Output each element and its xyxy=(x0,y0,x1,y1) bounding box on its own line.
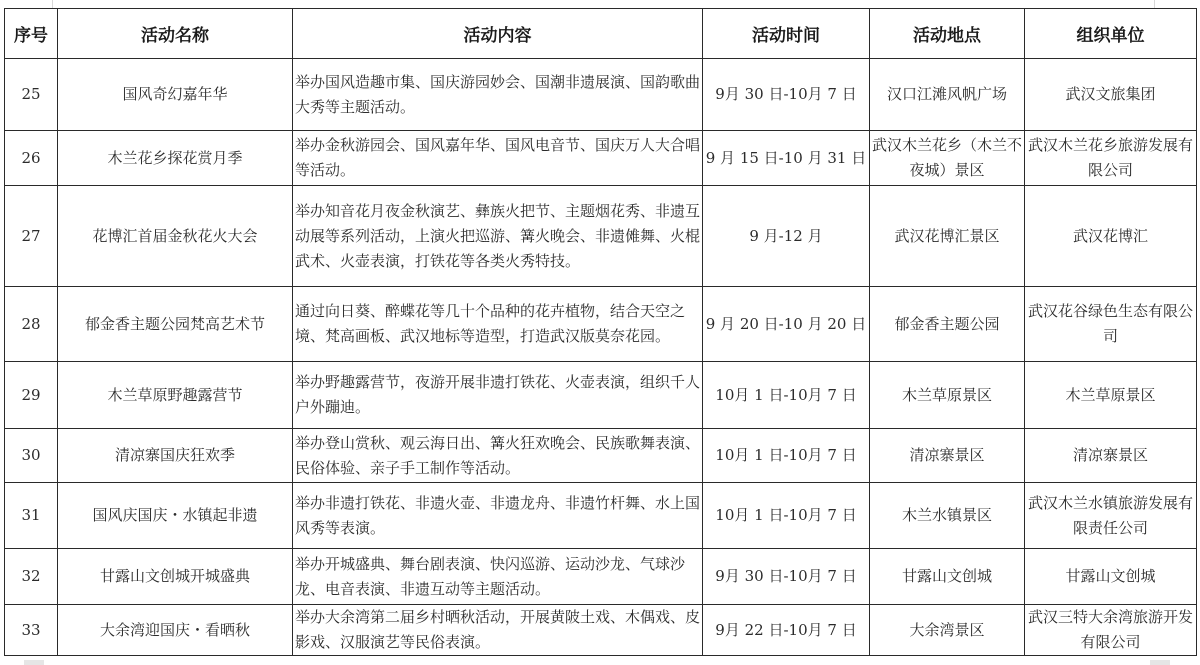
cell-num: 25 xyxy=(5,59,58,131)
table-row: 28 郁金香主题公园梵高艺术节 通过向日葵、醉蝶花等几十个品种的花卉植物，结合天… xyxy=(5,287,1197,362)
cell-name: 木兰花乡探花赏月季 xyxy=(58,131,293,186)
cell-content: 举办野趣露营节，夜游开展非遗打铁花、火壶表演，组织千人户外蹦迪。 xyxy=(293,362,703,429)
events-table: 序号 活动名称 活动内容 活动时间 活动地点 组织单位 25 国风奇幻嘉年华 举… xyxy=(4,8,1197,656)
cell-time: 10月 1 日-10月 7 日 xyxy=(703,483,870,549)
cell-place: 郁金香主题公园 xyxy=(870,287,1025,362)
cell-time: 9 月 20 日-10 月 20 日 xyxy=(703,287,870,362)
cell-name: 木兰草原野趣露营节 xyxy=(58,362,293,429)
cell-num: 28 xyxy=(5,287,58,362)
cell-time: 9 月-12 月 xyxy=(703,186,870,287)
cell-name: 国风奇幻嘉年华 xyxy=(58,59,293,131)
cell-num: 31 xyxy=(5,483,58,549)
cell-place: 清凉寨景区 xyxy=(870,429,1025,483)
header-num: 序号 xyxy=(5,9,58,59)
cell-place: 汉口江滩风帆广场 xyxy=(870,59,1025,131)
cell-org: 清凉寨景区 xyxy=(1025,429,1197,483)
table-row: 30 清凉寨国庆狂欢季 举办登山赏秋、观云海日出、篝火狂欢晚会、民族歌舞表演、民… xyxy=(5,429,1197,483)
cell-org: 甘露山文创城 xyxy=(1025,549,1197,605)
header-time: 活动时间 xyxy=(703,9,870,59)
cell-num: 27 xyxy=(5,186,58,287)
table-row: 26 木兰花乡探花赏月季 举办金秋游园会、国风嘉年华、国风电音节、国庆万人大合唱… xyxy=(5,131,1197,186)
table-row: 33 大余湾迎国庆・看晒秋 举办大余湾第二届乡村晒秋活动，开展黄陂土戏、木偶戏、… xyxy=(5,605,1197,656)
header-place: 活动地点 xyxy=(870,9,1025,59)
header-name: 活动名称 xyxy=(58,9,293,59)
cell-content: 举办知音花月夜金秋演艺、彝族火把节、主题烟花秀、非遗互动展等系列活动，上演火把巡… xyxy=(293,186,703,287)
cell-time: 10月 1 日-10月 7 日 xyxy=(703,362,870,429)
cell-org: 武汉花谷绿色生态有限公司 xyxy=(1025,287,1197,362)
page-marker-left xyxy=(24,660,44,665)
cell-name: 清凉寨国庆狂欢季 xyxy=(58,429,293,483)
cell-place: 木兰水镇景区 xyxy=(870,483,1025,549)
cell-num: 29 xyxy=(5,362,58,429)
header-content: 活动内容 xyxy=(293,9,703,59)
table-row: 25 国风奇幻嘉年华 举办国风造趣市集、国庆游园妙会、国潮非遗展演、国韵歌曲大秀… xyxy=(5,59,1197,131)
table-row: 31 国风庆国庆・水镇起非遗 举办非遗打铁花、非遗火壶、非遗龙舟、非遗竹杆舞、水… xyxy=(5,483,1197,549)
cell-content: 举办登山赏秋、观云海日出、篝火狂欢晚会、民族歌舞表演、民俗体验、亲子手工制作等活… xyxy=(293,429,703,483)
cell-org: 武汉三特大余湾旅游开发有限公司 xyxy=(1025,605,1197,656)
cell-org: 武汉文旅集团 xyxy=(1025,59,1197,131)
cell-content: 举办金秋游园会、国风嘉年华、国风电音节、国庆万人大合唱等活动。 xyxy=(293,131,703,186)
cell-time: 9 月 15 日-10 月 31 日 xyxy=(703,131,870,186)
cell-name: 国风庆国庆・水镇起非遗 xyxy=(58,483,293,549)
cell-name: 大余湾迎国庆・看晒秋 xyxy=(58,605,293,656)
cell-org: 武汉木兰水镇旅游发展有限责任公司 xyxy=(1025,483,1197,549)
header-org: 组织单位 xyxy=(1025,9,1197,59)
cell-time: 9月 30 日-10月 7 日 xyxy=(703,549,870,605)
cell-num: 32 xyxy=(5,549,58,605)
cell-content: 通过向日葵、醉蝶花等几十个品种的花卉植物，结合天空之境、梵高画板、武汉地标等造型… xyxy=(293,287,703,362)
cell-content: 举办大余湾第二届乡村晒秋活动，开展黄陂土戏、木偶戏、皮影戏、汉服演艺等民俗表演。 xyxy=(293,605,703,656)
page-marker-right xyxy=(1150,660,1170,665)
cell-name: 郁金香主题公园梵高艺术节 xyxy=(58,287,293,362)
page-edge-line-right xyxy=(1154,0,1155,8)
cell-num: 26 xyxy=(5,131,58,186)
cell-content: 举办开城盛典、舞台剧表演、快闪巡游、运动沙龙、气球沙龙、电音表演、非遗互动等主题… xyxy=(293,549,703,605)
cell-org: 武汉木兰花乡旅游发展有限公司 xyxy=(1025,131,1197,186)
cell-num: 33 xyxy=(5,605,58,656)
cell-place: 大余湾景区 xyxy=(870,605,1025,656)
table-row: 32 甘露山文创城开城盛典 举办开城盛典、舞台剧表演、快闪巡游、运动沙龙、气球沙… xyxy=(5,549,1197,605)
cell-org: 木兰草原景区 xyxy=(1025,362,1197,429)
cell-name: 甘露山文创城开城盛典 xyxy=(58,549,293,605)
cell-place: 甘露山文创城 xyxy=(870,549,1025,605)
page-edge-line-left xyxy=(52,0,53,8)
cell-place: 武汉花博汇景区 xyxy=(870,186,1025,287)
cell-org: 武汉花博汇 xyxy=(1025,186,1197,287)
table-row: 29 木兰草原野趣露营节 举办野趣露营节，夜游开展非遗打铁花、火壶表演，组织千人… xyxy=(5,362,1197,429)
cell-num: 30 xyxy=(5,429,58,483)
cell-time: 9月 22 日-10月 7 日 xyxy=(703,605,870,656)
cell-time: 10月 1 日-10月 7 日 xyxy=(703,429,870,483)
cell-place: 木兰草原景区 xyxy=(870,362,1025,429)
cell-content: 举办非遗打铁花、非遗火壶、非遗龙舟、非遗竹杆舞、水上国风秀等表演。 xyxy=(293,483,703,549)
table-row: 27 花博汇首届金秋花火大会 举办知音花月夜金秋演艺、彝族火把节、主题烟花秀、非… xyxy=(5,186,1197,287)
cell-place: 武汉木兰花乡（木兰不夜城）景区 xyxy=(870,131,1025,186)
cell-content: 举办国风造趣市集、国庆游园妙会、国潮非遗展演、国韵歌曲大秀等主题活动。 xyxy=(293,59,703,131)
cell-time: 9月 30 日-10月 7 日 xyxy=(703,59,870,131)
table-header-row: 序号 活动名称 活动内容 活动时间 活动地点 组织单位 xyxy=(5,9,1197,59)
cell-name: 花博汇首届金秋花火大会 xyxy=(58,186,293,287)
